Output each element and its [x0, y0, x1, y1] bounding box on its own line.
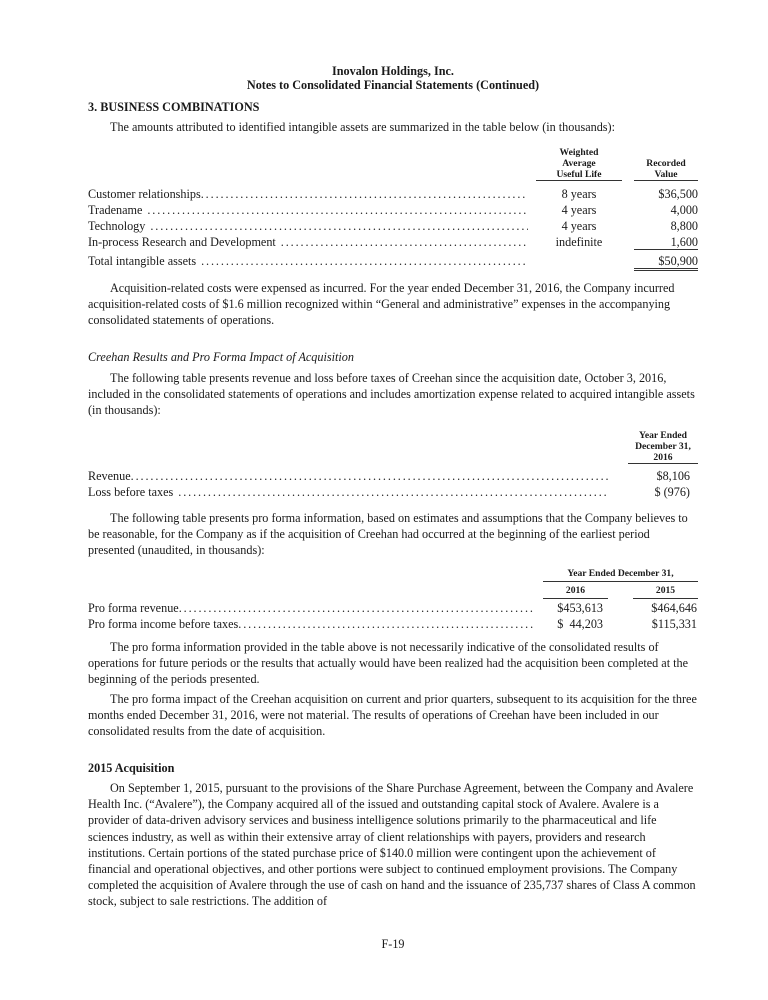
leader-dots: ........................................…: [276, 235, 528, 249]
label-text: Customer relationships: [88, 187, 201, 201]
label-text: Revenue: [88, 469, 131, 483]
row-label: Pro forma income before taxes...........…: [88, 617, 533, 632]
total-value: $50,900: [634, 254, 698, 271]
acquisition-2015-heading: 2015 Acquisition: [88, 761, 174, 776]
header-line: Recorded: [634, 158, 698, 169]
recorded-value: $36,500: [634, 187, 698, 202]
not-material-paragraph: The pro forma impact of the Creehan acqu…: [88, 691, 698, 740]
row-label: Customer relationships..................…: [88, 187, 528, 202]
recorded-value: 4,000: [634, 203, 698, 218]
table-row: Tradename ..............................…: [88, 203, 698, 218]
leader-dots: ........................................…: [179, 601, 533, 615]
row-label: Tradename ..............................…: [88, 203, 528, 218]
row-label: Loss before taxes ......................…: [88, 485, 608, 500]
header-line: Average: [536, 158, 622, 169]
not-indicative-paragraph: The pro forma information provided in th…: [88, 639, 698, 688]
useful-life: 4 years: [536, 219, 622, 234]
header-line: 2016: [628, 452, 698, 463]
label-text: Loss before taxes: [88, 485, 173, 499]
table-row: Revenue.................................…: [88, 469, 698, 484]
label-text: Tradename: [88, 203, 142, 217]
col-header-2015: 2015: [633, 585, 698, 599]
value-2016: $ 44,203: [541, 617, 603, 632]
table-row: Pro forma income before taxes...........…: [88, 617, 698, 632]
leader-dots: ........................................…: [173, 485, 608, 499]
table-row: In-process Research and Development ....…: [88, 235, 698, 250]
col-group-header: Year Ended December 31,: [543, 568, 698, 582]
header-line: December 31,: [628, 441, 698, 452]
leader-dots: ........................................…: [142, 203, 528, 217]
useful-life: 8 years: [536, 187, 622, 202]
table-row: Customer relationships..................…: [88, 187, 698, 202]
header-line: Weighted: [536, 147, 622, 158]
useful-life: indefinite: [536, 235, 622, 250]
row-label: Pro forma revenue.......................…: [88, 601, 533, 616]
creehan-results-paragraph: The following table presents revenue and…: [88, 370, 698, 419]
leader-dots: ........................................…: [238, 617, 533, 631]
total-row: Total intangible assets ................…: [88, 254, 698, 269]
leader-dots: ........................................…: [145, 219, 528, 233]
header-line: Value: [634, 169, 698, 180]
label-text: Pro forma income before taxes: [88, 617, 238, 631]
col-header-year-ended-2016: Year Ended December 31, 2016: [628, 430, 698, 464]
page-number: F-19: [88, 937, 698, 952]
col-header-2016: 2016: [543, 585, 608, 599]
section-title: 3. BUSINESS COMBINATIONS: [88, 100, 259, 115]
label-text: Total intangible assets: [88, 254, 196, 268]
header-line: Useful Life: [536, 169, 622, 180]
table-row: Technology .............................…: [88, 219, 698, 234]
pro-forma-intro-paragraph: The following table presents pro forma i…: [88, 510, 698, 559]
col-header-recorded-value: Recorded Value: [634, 158, 698, 181]
row-label: In-process Research and Development ....…: [88, 235, 528, 250]
leader-dots: ........................................…: [131, 469, 608, 483]
label-text: In-process Research and Development: [88, 235, 276, 249]
value-2016: $453,613: [541, 601, 603, 616]
table-row: Pro forma revenue.......................…: [88, 601, 698, 616]
avalere-paragraph: On September 1, 2015, pursuant to the pr…: [88, 780, 698, 910]
revenue-value: $8,106: [628, 469, 690, 484]
header-line: Year Ended: [628, 430, 698, 441]
value-2015: $464,646: [633, 601, 697, 616]
page-subtitle: Notes to Consolidated Financial Statemen…: [88, 78, 698, 93]
creehan-heading: Creehan Results and Pro Forma Impact of …: [88, 350, 354, 365]
value-2015: $115,331: [633, 617, 697, 632]
recorded-value: 1,600: [634, 235, 698, 250]
row-label: Revenue.................................…: [88, 469, 608, 484]
recorded-value: 8,800: [634, 219, 698, 234]
loss-before-taxes-value: $ (976): [628, 485, 690, 500]
company-name: Inovalon Holdings, Inc.: [88, 64, 698, 79]
table-row: Loss before taxes ......................…: [88, 485, 698, 500]
label-text: Technology: [88, 219, 145, 233]
leader-dots: ........................................…: [196, 254, 528, 268]
col-header-useful-life: Weighted Average Useful Life: [536, 147, 622, 181]
label-text: Pro forma revenue: [88, 601, 179, 615]
intro-paragraph: The amounts attributed to identified int…: [88, 119, 698, 135]
leader-dots: ........................................…: [201, 187, 528, 201]
row-label: Total intangible assets ................…: [88, 254, 528, 269]
row-label: Technology .............................…: [88, 219, 528, 234]
acquisition-costs-paragraph: Acquisition-related costs were expensed …: [88, 280, 698, 329]
useful-life: 4 years: [536, 203, 622, 218]
